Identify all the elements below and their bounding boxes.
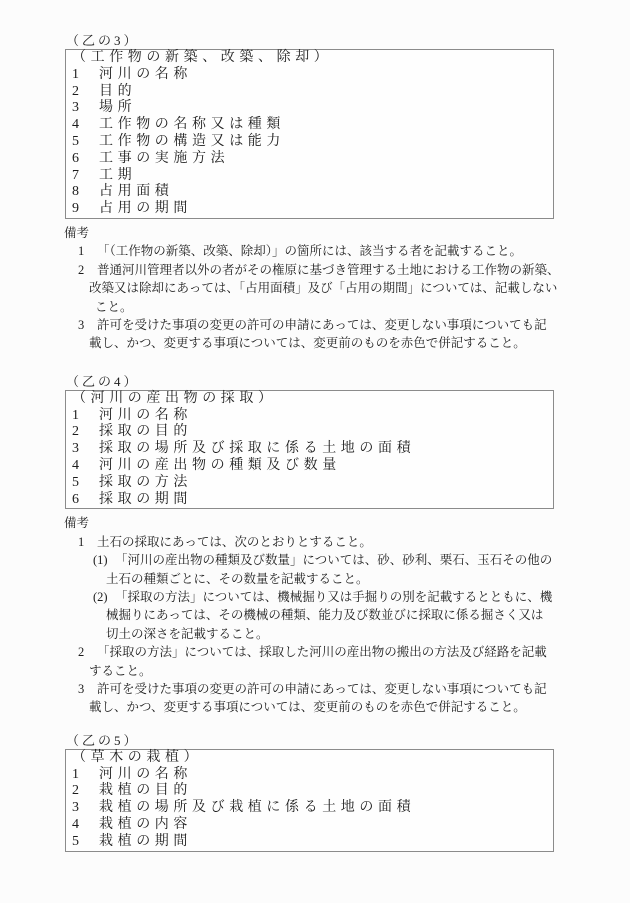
box-header-row: （草木の栽植）: [66, 750, 553, 767]
item-number: 3: [72, 800, 99, 817]
note-text: こと。: [95, 300, 133, 314]
item-number: 4: [72, 458, 99, 475]
item-text: 河川の名称: [99, 767, 192, 782]
note-line: すること。: [64, 662, 630, 680]
item-number: 6: [72, 492, 99, 509]
note-text: 載し、かつ、変更する事項については、変更前のものを赤色で併記すること。: [89, 336, 526, 350]
note-number: 3: [78, 680, 97, 698]
note-text: 械掘りにあっては、その機械の種類、能力及び数並びに採取に係る掘さく又は: [106, 608, 543, 622]
note-line: 3許可を受けた事項の変更の許可の申請にあっては、変更しない事項についても記: [64, 680, 630, 698]
note-number: 2: [78, 643, 97, 661]
notes-label: 備考: [64, 224, 630, 242]
box-item: 6工事の実施方法: [66, 151, 553, 168]
note-number: 1: [78, 533, 97, 551]
item-number: 3: [72, 441, 99, 458]
item-text: 河川の名称: [99, 67, 192, 82]
note-line: 載し、かつ、変更する事項については、変更前のものを赤色で併記すること。: [64, 698, 630, 716]
note-number: 2: [78, 261, 97, 279]
box-header: （草木の栽植）: [72, 750, 202, 765]
item-number: 9: [72, 201, 99, 218]
box-item: 8占用面積: [66, 184, 553, 201]
box-item: 4河川の産出物の種類及び数量: [66, 458, 553, 475]
note-text: 「（工作物の新築、改築、除却）」の箇所には、該当する者を記載すること。: [97, 244, 522, 258]
item-text: 栽植の場所及び栽植に係る土地の面積: [99, 800, 415, 815]
item-number: 5: [72, 134, 99, 151]
note-text: すること。: [89, 664, 152, 678]
note-text: 土石の種類ごとに、その数量を記載すること。: [106, 572, 369, 586]
box-header-row: （工作物の新築、改築、除却）: [66, 50, 553, 67]
note-line: (2)「採取の方法」については、機械掘り又は手掘りの別を記載するとともに、機: [64, 588, 630, 606]
box-header-row: （河川の産出物の採取）: [66, 391, 553, 408]
note-subnumber: (1): [93, 551, 115, 569]
item-text: 占用の期間: [99, 201, 192, 216]
box-item: 2栽植の目的: [66, 783, 553, 800]
box-item: 1河川の名称: [66, 67, 553, 84]
note-line: 2普通河川管理者以外の者がその権原に基づき管理する土地における工作物の新築、: [64, 261, 630, 279]
note-text: 許可を受けた事項の変更の許可の申請にあっては、変更しない事項についても記: [97, 318, 547, 332]
section-title: （乙の5）: [66, 733, 630, 749]
box-item: 9占用の期間: [66, 201, 553, 218]
items-box: （河川の産出物の採取） 1河川の名称 2採取の目的 3採取の場所及び採取に係る土…: [65, 390, 554, 510]
item-text: 占用面積: [99, 184, 173, 199]
item-number: 2: [72, 424, 99, 441]
box-item: 6採取の期間: [66, 492, 553, 509]
item-text: 目的: [99, 84, 136, 99]
note-line: 切土の深さを記載すること。: [64, 625, 630, 643]
box-item: 1河川の名称: [66, 408, 553, 425]
item-text: 栽植の内容: [99, 817, 192, 832]
note-number: 1: [78, 242, 97, 260]
item-text: 場所: [99, 100, 136, 115]
note-text: 「採取の方法」については、機械掘り又は手掘りの別を記載するとともに、機: [115, 590, 552, 604]
item-text: 栽植の期間: [99, 834, 192, 849]
note-number: 3: [78, 316, 97, 334]
item-text: 工期: [99, 168, 136, 183]
box-header: （工作物の新築、改築、除却）: [72, 50, 332, 65]
note-text: 許可を受けた事項の変更の許可の申請にあっては、変更しない事項についても記: [97, 682, 547, 696]
item-number: 6: [72, 151, 99, 168]
item-text: 工事の実施方法: [99, 151, 229, 166]
item-number: 5: [72, 834, 99, 851]
box-header: （河川の産出物の採取）: [72, 391, 277, 406]
item-text: 採取の場所及び採取に係る土地の面積: [99, 441, 415, 456]
box-item: 2採取の目的: [66, 424, 553, 441]
item-number: 5: [72, 475, 99, 492]
notes-block: 備考 1土石の採取にあっては、次のとおりとすること。 (1)「河川の産出物の種類…: [64, 514, 630, 716]
note-text: 「河川の産出物の種類及び数量」については、砂、砂利、栗石、玉石その他の: [115, 553, 552, 567]
note-line: こと。: [64, 298, 630, 316]
item-text: 採取の期間: [99, 492, 192, 507]
section-title: （乙の3）: [66, 33, 630, 49]
section-otsu-3: （乙の3） （工作物の新築、改築、除却） 1河川の名称 2目的 3場所 4工作物…: [0, 33, 630, 353]
item-text: 河川の名称: [99, 408, 192, 423]
note-text: 「採取の方法」については、採取した河川の産出物の搬出の方法及び経路を記載: [97, 645, 547, 659]
note-text: 土石の採取にあっては、次のとおりとすること。: [97, 535, 372, 549]
note-text: 普通河川管理者以外の者がその権原に基づき管理する土地における工作物の新築、: [97, 263, 560, 277]
note-line: 載し、かつ、変更する事項については、変更前のものを赤色で併記すること。: [64, 334, 630, 352]
item-text: 採取の目的: [99, 424, 192, 439]
box-item: 5栽植の期間: [66, 834, 553, 851]
document-page: （乙の3） （工作物の新築、改築、除却） 1河川の名称 2目的 3場所 4工作物…: [0, 0, 630, 903]
item-number: 1: [72, 767, 99, 784]
note-line: 1「（工作物の新築、改築、除却）」の箇所には、該当する者を記載すること。: [64, 242, 630, 260]
item-number: 4: [72, 817, 99, 834]
item-number: 8: [72, 184, 99, 201]
box-item: 4栽植の内容: [66, 817, 553, 834]
note-line: 2「採取の方法」については、採取した河川の産出物の搬出の方法及び経路を記載: [64, 643, 630, 661]
item-number: 1: [72, 67, 99, 84]
notes-label: 備考: [64, 514, 630, 532]
box-item: 2目的: [66, 84, 553, 101]
note-line: 1土石の採取にあっては、次のとおりとすること。: [64, 533, 630, 551]
section-title: （乙の4）: [66, 374, 630, 390]
box-item: 5工作物の構造又は能力: [66, 134, 553, 151]
note-text: 切土の深さを記載すること。: [106, 627, 269, 641]
item-text: 河川の産出物の種類及び数量: [99, 458, 341, 473]
item-number: 4: [72, 117, 99, 134]
box-item: 5採取の方法: [66, 475, 553, 492]
item-number: 2: [72, 783, 99, 800]
note-line: (1)「河川の産出物の種類及び数量」については、砂、砂利、栗石、玉石その他の: [64, 551, 630, 569]
section-otsu-5: （乙の5） （草木の栽植） 1河川の名称 2栽植の目的 3栽植の場所及び栽植に係…: [0, 733, 630, 852]
box-item: 3栽植の場所及び栽植に係る土地の面積: [66, 800, 553, 817]
section-otsu-4: （乙の4） （河川の産出物の採取） 1河川の名称 2採取の目的 3採取の場所及び…: [0, 374, 630, 717]
item-number: 7: [72, 168, 99, 185]
notes-block: 備考 1「（工作物の新築、改築、除却）」の箇所には、該当する者を記載すること。 …: [64, 224, 630, 353]
items-box: （草木の栽植） 1河川の名称 2栽植の目的 3栽植の場所及び栽植に係る土地の面積…: [65, 749, 554, 852]
box-item: 4工作物の名称又は種類: [66, 117, 553, 134]
note-subnumber: (2): [93, 588, 115, 606]
item-number: 3: [72, 100, 99, 117]
note-text: 載し、かつ、変更する事項については、変更前のものを赤色で併記すること。: [89, 700, 526, 714]
item-text: 栽植の目的: [99, 783, 192, 798]
note-line: 改築又は除却にあっては、「占用面積」及び「占用の期間」については、記載しない: [64, 279, 630, 297]
item-text: 工作物の構造又は能力: [99, 134, 285, 149]
box-item: 3場所: [66, 100, 553, 117]
item-text: 採取の方法: [99, 475, 192, 490]
item-number: 1: [72, 408, 99, 425]
note-text: 改築又は除却にあっては、「占用面積」及び「占用の期間」については、記載しない: [89, 281, 557, 295]
note-line: 械掘りにあっては、その機械の種類、能力及び数並びに採取に係る掘さく又は: [64, 606, 630, 624]
box-item: 7工期: [66, 168, 553, 185]
box-item: 1河川の名称: [66, 767, 553, 784]
note-line: 土石の種類ごとに、その数量を記載すること。: [64, 570, 630, 588]
note-line: 3許可を受けた事項の変更の許可の申請にあっては、変更しない事項についても記: [64, 316, 630, 334]
box-item: 3採取の場所及び採取に係る土地の面積: [66, 441, 553, 458]
item-text: 工作物の名称又は種類: [99, 117, 285, 132]
items-box: （工作物の新築、改築、除却） 1河川の名称 2目的 3場所 4工作物の名称又は種…: [65, 49, 554, 219]
item-number: 2: [72, 84, 99, 101]
